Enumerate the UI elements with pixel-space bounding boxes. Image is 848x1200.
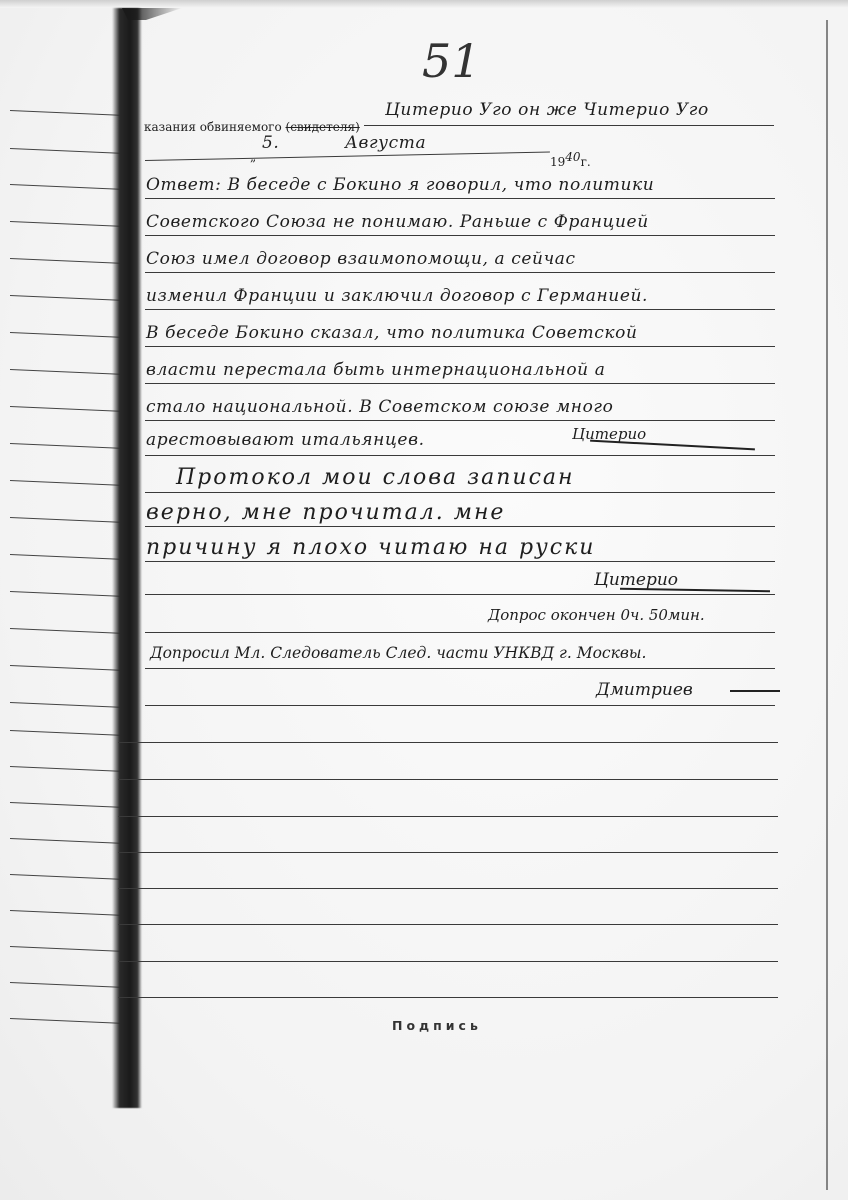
answer-line: изменил Франции и заключил договор с Гер… [146,286,648,306]
rule-line [118,888,778,889]
rule-line [145,632,775,633]
margin-rule [10,517,120,523]
rule-line [145,455,775,456]
rule-line [145,561,775,562]
rule-line [145,594,775,595]
answer-line: власти перестала быть интернациональной … [146,360,605,380]
rule-line [145,309,775,310]
rule-line [145,346,775,347]
rule-line [145,526,775,527]
margin-rule [10,802,120,808]
margin-rule [10,110,120,116]
rule-line [145,705,775,706]
margin-rule [10,665,120,671]
date-year-handwritten: 40 [565,150,580,164]
rule-line [118,779,778,780]
rule-line [145,668,775,669]
rule-line [118,742,778,743]
margin-rule [10,406,120,412]
answer-line: В беседе Бокино сказал, что политика Сов… [146,323,638,343]
rule-line [145,198,775,199]
margin-rule [10,982,120,988]
margin-rule [10,628,120,634]
margin-rule [10,1018,120,1024]
rule-line [118,852,778,853]
binding-spine-shadow [112,8,142,1108]
scan-top-edge [0,0,848,8]
scanned-document-page: 51 казания обвиняемого (свидетеля) Цитер… [0,0,848,1200]
rule-line [364,125,774,126]
date-month: Августа [345,133,426,153]
interrogator-line: Допросил Мл. Следователь След. части УНК… [150,644,646,662]
margin-rule [10,295,120,301]
margin-rule [10,480,120,486]
answer-line: Союз имел договор взаимопомощи, а сейчас [146,249,576,269]
margin-rule [10,730,120,736]
margin-rule [10,443,120,449]
answer-line: арестовывают итальянцев. [146,430,425,450]
margin-rule [10,591,120,597]
margin-rule [10,910,120,916]
interrogation-end-time: Допрос окончен 0ч. 50мин. [488,606,705,624]
answer-line: стало национальной. В Советском союзе мн… [146,397,613,417]
rule-line [145,235,775,236]
struck-witness-label: (свидетеля) [286,120,360,134]
binding-spine-top [122,8,182,20]
rule-line [145,272,775,273]
margin-rule [10,702,120,708]
rule-line [118,997,778,998]
answer-line: Ответ: В беседе с Бокино я говорил, что … [146,175,654,195]
rule-line [145,492,775,493]
margin-rule [10,332,120,338]
rule-line [118,816,778,817]
margin-rule [10,184,120,190]
page-right-border [826,20,828,1190]
signature-flourish [730,690,780,692]
interrogator-signature: Дмитриев [596,680,693,700]
signature-flourish [590,440,755,451]
margin-rule [10,838,120,844]
margin-rule [10,766,120,772]
answer-line: Советского Союза не понимаю. Раньше с Фр… [146,212,649,232]
attestation-line: верно, мне прочитал. мне [146,500,505,525]
margin-rule [10,258,120,264]
signature-footer-label: Подпись [392,1018,482,1033]
margin-rule [10,946,120,952]
margin-rule [10,221,120,227]
margin-rule [10,369,120,375]
rule-line [118,961,778,962]
signature-flourish [620,588,770,593]
rule-line [145,383,775,384]
page-number: 51 [422,34,481,88]
margin-rule [10,554,120,560]
date-year-printed: 19 [550,155,565,169]
attestation-line: Протокол мои слова записан [176,465,575,490]
rule-line [118,924,778,925]
defendant-name: Цитерио Уго он же Читерио Уго [385,100,709,120]
date-year-suffix: г. [581,155,591,169]
printed-label-prefix: казания обвиняемого [144,120,282,134]
margin-rule [10,148,120,154]
attestation-line: причину я плохо читаю на руски [146,535,595,560]
date-day: 5. [262,133,279,153]
rule-line [145,420,775,421]
printed-testimony-label: казания обвиняемого (свидетеля) [144,120,360,134]
date-year: 1940г. [550,150,591,169]
margin-rule [10,874,120,880]
